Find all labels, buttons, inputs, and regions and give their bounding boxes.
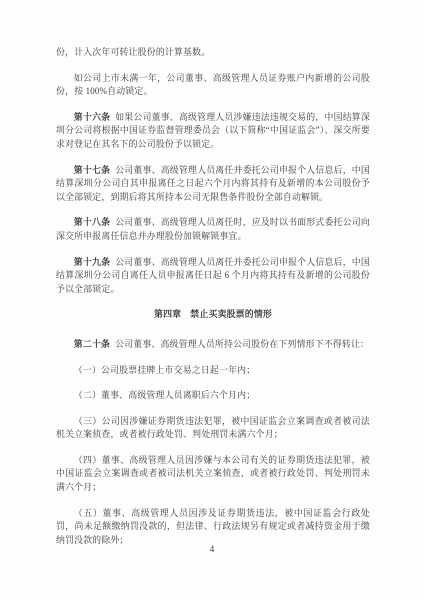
article-number: 第十九条 bbox=[74, 257, 110, 267]
article-paragraph: 第十六条如果公司董事、高级管理人员涉嫌违法违规交易的，中国结算深圳分公司将根据中… bbox=[56, 111, 370, 152]
chapter-heading: 第四章 禁止买卖股票的情形 bbox=[56, 308, 370, 322]
paragraph: （五）董事、高级管理人员因涉及证券期货违法，被中国证监会行政处罚，尚未足额缴纳罚… bbox=[56, 507, 370, 548]
article-number: 第十八条 bbox=[74, 217, 110, 227]
article-paragraph: 第十八条公司董事、高级管理人员离任时，应及时以书面形式委托公司向深交所申报离任信… bbox=[56, 216, 370, 243]
paragraph: 份，计入次年可转让股份的计算基数。 bbox=[56, 46, 370, 60]
article-number: 第十六条 bbox=[74, 112, 110, 122]
article-number: 第十七条 bbox=[74, 165, 110, 175]
document-body: 份，计入次年可转让股份的计算基数。如公司上市未满一年，公司董事、高级管理人员证券… bbox=[56, 46, 370, 559]
article-paragraph: 第十九条公司董事、高级管理人员离任并委托公司申报个人信息后，中国结算深圳分公司自… bbox=[56, 256, 370, 297]
document-page: 份，计入次年可转让股份的计算基数。如公司上市未满一年，公司董事、高级管理人员证券… bbox=[0, 0, 424, 600]
article-paragraph: 第二十条公司董事、高级管理人员所持公司股份在下列情形下不得转让： bbox=[56, 338, 370, 352]
article-number: 第二十条 bbox=[74, 339, 110, 349]
page-number: 4 bbox=[0, 543, 424, 556]
paragraph: （一）公司股票挂牌上市交易之日起一年内； bbox=[56, 364, 370, 378]
article-paragraph: 第十七条公司董事、高级管理人员离任并委托公司申报个人信息后，中国结算深圳分公司自… bbox=[56, 164, 370, 205]
paragraph: （四）董事、高级管理人员因涉嫌与本公司有关的证券期货违法犯罪，被中国证监会立案调… bbox=[56, 454, 370, 495]
paragraph: （三）公司因涉嫌证券期货违法犯罪，被中国证监会立案调查或者被司法机关立案侦查，或… bbox=[56, 415, 370, 442]
paragraph: （二）董事、高级管理人员离职后六个月内； bbox=[56, 389, 370, 403]
paragraph: 如公司上市未满一年，公司董事、高级管理人员证券账户内新增的公司股份，按 100%… bbox=[56, 72, 370, 99]
